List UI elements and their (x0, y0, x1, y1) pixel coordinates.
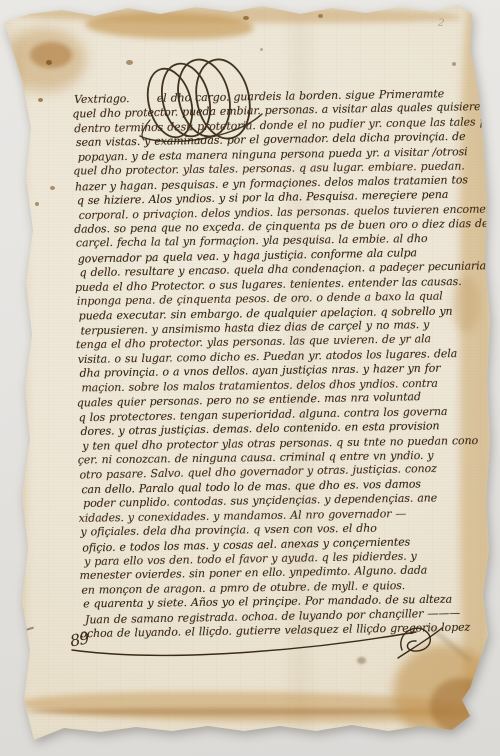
stain-right-edge (460, 8, 492, 714)
foxing-speck (126, 60, 133, 65)
foxing-speck (452, 62, 456, 66)
photo-backdrop: 2 bno Vextriago. el dho cargo. guardeis … (0, 0, 500, 756)
stain-bottom-right-inner (430, 678, 492, 734)
ink-smudge (357, 657, 366, 664)
foxing-speck (35, 202, 39, 206)
left-margin-mark (24, 627, 34, 632)
stain-top-left-large (85, 13, 253, 39)
foxing-speck (243, 16, 249, 20)
notary-paraph (396, 620, 444, 662)
faint-marginal-scribble: bno (2, 113, 23, 125)
foxing-speck (38, 98, 43, 102)
foxing-speck (260, 48, 263, 51)
stain-bottom-tideline (22, 692, 470, 722)
stain-top-edge (10, 7, 460, 23)
signature-underline-swoosh (64, 624, 444, 660)
manuscript-text-block: Vextriago. el dho cargo. guardeis la bor… (74, 87, 453, 641)
foxing-speck (50, 186, 55, 190)
line-opening-word: Vextriago. (74, 92, 130, 107)
foxing-speck (46, 60, 52, 65)
stain-top-left-corner (2, 28, 86, 92)
stain-left-edge (13, 40, 27, 716)
stain-top-left-spot (30, 42, 72, 68)
foxing-speck (318, 14, 323, 18)
foxing-speck (8, 92, 13, 97)
manuscript-page: 2 bno Vextriago. el dho cargo. guardeis … (0, 0, 500, 756)
folio-number: 2 (437, 18, 445, 30)
stain-bottom-tideline-dark (26, 708, 456, 715)
